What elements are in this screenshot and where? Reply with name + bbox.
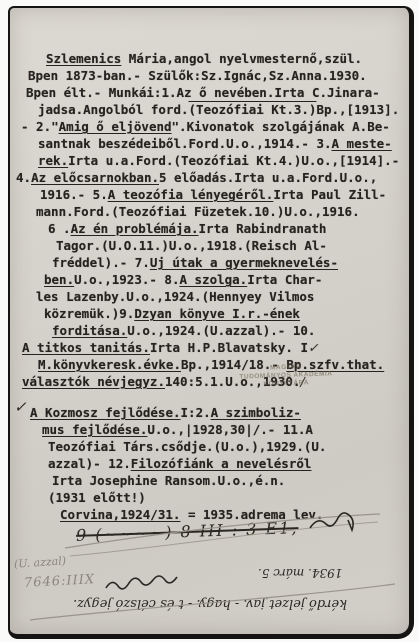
text-segment: azzal)- 12. bbox=[48, 456, 131, 471]
typed-line: jadsa.Angolból ford.(Teozófiai Kt.3.)Bp.… bbox=[16, 101, 407, 118]
text-segment: Tagor.(U.O.11.)U.o.,1918.(Reisch Al- bbox=[56, 238, 327, 253]
text-segment: les Lazenby.U.o.,1924.(Hennyey Vilmos bbox=[36, 289, 314, 304]
text-segment: Filozófiánk a nevelésről bbox=[131, 456, 312, 471]
typed-line: rek.Irta u.a.Ford.(Teozófiai Kt.4.)U.o.,… bbox=[16, 152, 407, 169]
text-segment: 4. bbox=[16, 170, 31, 185]
typed-line: Szlemenics Mária,angol nyelvmesternő,szü… bbox=[16, 50, 407, 67]
upside-down-bottom-note: kérdő jelzet jav. - hagy. - t és célszó … bbox=[20, 596, 400, 611]
typed-line: fréddel).- 7.Uj útak a gyermeknevelés- bbox=[16, 254, 407, 271]
text-segment: 5 előadás.Irta u.a.Ford.U.o., bbox=[159, 170, 377, 185]
typed-line: les Lazenby.U.o.,1924.(Hennyey Vilmos bbox=[16, 288, 407, 305]
typed-line: Teozófiai Társ.csődje.(U.o.),1929.(U. bbox=[16, 438, 407, 455]
text-segment: Irta u.a.Ford.(Teozófiai Kt.4.)U.o.,[191… bbox=[68, 153, 399, 168]
typed-line: forditása.U.o.,1924.(U.azzal).- 10. bbox=[16, 322, 407, 339]
upside-down-date-note: 1934. márc 5. bbox=[258, 566, 342, 580]
ink-scribble bbox=[106, 576, 177, 589]
text-segment: I:2. bbox=[181, 405, 211, 420]
text-segment: (1931 előtt!) bbox=[48, 490, 146, 505]
text-segment: mus fejlődése. bbox=[42, 422, 147, 437]
typed-line: mann.Ford.(Teozófiai Füzetek.10.)U.o.,19… bbox=[16, 203, 407, 220]
typed-line: Irta Josephine Ransom.U.o.,é.n. bbox=[16, 472, 407, 489]
text-segment: Irta Josephine Ransom.U.o.,é.n. bbox=[52, 473, 285, 488]
typed-line: ben.U.o.,1923.- 8.A szolga.Irta Char- bbox=[16, 271, 407, 288]
text-segment: Bp.,[1913]. bbox=[316, 102, 399, 117]
text-segment: Irta Rabindranath bbox=[199, 221, 327, 236]
text-segment: A Kozmosz fejlődése. bbox=[30, 405, 181, 420]
text-segment: ben. bbox=[44, 272, 74, 287]
text-segment: jadsa.Angolból ford. bbox=[38, 102, 189, 117]
text-segment: Bpen 1873-ban.- Szülők:Sz.Ignác,Sz.Anna.… bbox=[28, 68, 367, 83]
pencil-note-left: (U. azzal) bbox=[14, 554, 67, 571]
catalog-card: Szlemenics Mária,angol nyelvmesternő,szü… bbox=[8, 6, 414, 639]
text-segment: ".Kivonatok szolgájának A.Be- bbox=[172, 119, 390, 134]
text-segment: Mária,angol nyelvmesternő,szül. bbox=[121, 51, 362, 66]
typed-line: 4.Az előcsarnokban.5 előadás.Irta u.a.Fo… bbox=[16, 169, 407, 186]
typed-line: mus fejlődése.U.o.,|1928,30|/.- 11.A bbox=[16, 421, 407, 438]
text-segment: A szimboliz- bbox=[211, 405, 301, 420]
text-segment: forditása. bbox=[52, 323, 127, 338]
check-mark-annotation: ✓ bbox=[14, 398, 27, 416]
typed-line: közremük.)9.Dzyan könyve I.r.-ének bbox=[16, 305, 407, 322]
text-segment: A szolga. bbox=[179, 272, 247, 287]
text-segment: közremük.)9. bbox=[44, 306, 134, 321]
text-segment: Irta Char- bbox=[247, 272, 322, 287]
text-segment: Az én problémája. bbox=[71, 221, 199, 236]
typed-line: (1931 előtt!) bbox=[16, 489, 407, 506]
text-segment: Az előcsarnokban. bbox=[31, 170, 159, 185]
text-segment: Dzyan könyve I.r.-ének bbox=[134, 306, 300, 321]
text-segment: Szlemenics bbox=[46, 51, 121, 66]
typed-line: - 2."Amig ő eljövend".Kivonatok szolgájá… bbox=[16, 118, 407, 135]
text-segment: U.o.,1923.- 8. bbox=[74, 272, 179, 287]
text-segment: A teozófia lényegéről. bbox=[108, 187, 274, 202]
text-segment: mann.Ford.(Teozófiai Füzetek.10.)U.o.,19… bbox=[36, 204, 360, 219]
text-segment: Irta H.P.Blavatsky. I bbox=[150, 340, 308, 355]
text-segment: Irta Paul Zill- bbox=[273, 187, 386, 202]
typed-line: Bpen 1873-ban.- Szülők:Sz.Ignác,Sz.Anna.… bbox=[16, 67, 407, 84]
text-segment: 6 . bbox=[48, 221, 71, 236]
text-segment: 1916.- 5. bbox=[40, 187, 108, 202]
text-segment: A meste- bbox=[332, 136, 392, 151]
typed-line: A titkos tanitás.Irta H.P.Blavatsky. I✓ bbox=[16, 339, 407, 356]
typed-line: azzal)- 12.Filozófiánk a nevelésről bbox=[16, 455, 407, 472]
typed-line: A Kozmosz fejlődése.I:2.A szimboliz- bbox=[16, 404, 407, 421]
text-segment: rek. bbox=[38, 153, 68, 168]
typed-line: 6 .Az én problémája.Irta Rabindranath bbox=[16, 220, 407, 237]
text-segment: Teozófiai Társ.csődje.(U.o.),1929.(U. bbox=[48, 439, 326, 454]
text-segment: Corvina,1924/31. bbox=[60, 507, 180, 522]
text-segment: fréddel).- 7. bbox=[52, 255, 150, 270]
text-segment: (Teozófiai Kt.3.) bbox=[189, 102, 317, 117]
typed-text-block: Szlemenics Mária,angol nyelvmesternő,szü… bbox=[16, 50, 407, 523]
scanned-catalog-card-photo: { "document": { "lines": [ {"ind":30,"se… bbox=[0, 0, 419, 642]
pencil-shelfmark-number: 7646:IIIX bbox=[24, 572, 96, 591]
text-segment: A titkos tanitás. bbox=[22, 340, 150, 355]
typed-line: santnak beszédeiből.Ford.U.o.,1914.- 3.A… bbox=[16, 135, 407, 152]
text-segment: - 2." bbox=[21, 119, 59, 134]
text-segment: U.o.,|1928,30|/.- 11.A bbox=[147, 422, 313, 437]
text-segment: Bpen élt.- Munkái:1.Az ő nevében.Irta C.… bbox=[26, 85, 380, 100]
text-segment: választók névjegyz. bbox=[22, 374, 165, 389]
text-segment: santnak beszédeiből.Ford.U.o.,1914.- 3. bbox=[38, 136, 332, 151]
text-segment: U.o.,1924.(U.azzal).- 10. bbox=[127, 323, 315, 338]
text-segment: M.könyvkeresk.évke. bbox=[38, 357, 181, 372]
typed-line: Bpen élt.- Munkái:1.Az ő nevében.Irta C.… bbox=[16, 84, 407, 101]
typed-line: 1916.- 5.A teozófia lényegéről.Irta Paul… bbox=[16, 186, 407, 203]
handwritten-mark: ✓ bbox=[308, 340, 318, 355]
text-segment: Uj útak a gyermeknevelés- bbox=[150, 255, 338, 270]
text-segment: Amig ő eljövend bbox=[59, 119, 172, 134]
typed-line: Tagor.(U.O.11.)U.o.,1918.(Reisch Al- bbox=[16, 237, 407, 254]
